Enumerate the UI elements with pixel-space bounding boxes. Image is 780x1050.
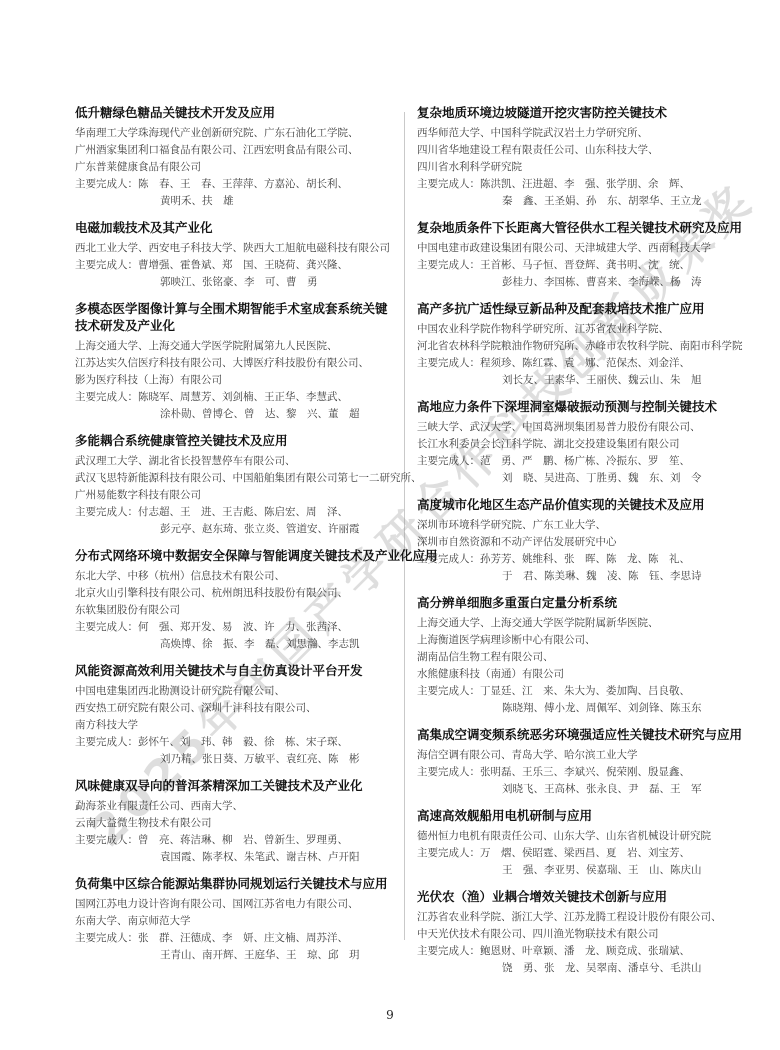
project-entry: 高集成空调变频系统恶劣环境强适应性关键技术研究与应用 海信空调有限公司、青岛大学… [417,726,735,798]
project-organizations: 勐海茶业有限责任公司、西南大学、云南大益微生物技术有限公司 [75,798,393,832]
project-entry: 复杂地质条件下长距离大管径供水工程关键技术研究及应用 中国电建市政建设集团有限公… [417,219,735,291]
project-entry: 多模态医学图像计算与全围术期智能手术室成套系统关键技术研发及产业化 上海交通大学… [75,300,393,423]
organization-line: 华南理工大学珠海现代产业创新研究院、广东石油化工学院、 [75,125,393,142]
people-label: 主要完成人： [417,685,480,697]
organization-line: 江苏省农业科学院、浙江大学、江苏龙腾工程设计股份有限公司、 [417,909,735,926]
organization-line: 上海交通大学、上海交通大学医学院附属新华医院、 [417,615,735,632]
project-title: 高分辨单细胞多重蛋白定量分析系统 [417,594,735,611]
project-entry: 复杂地质环境边坡隧道开挖灾害防控关键技术 西华师范大学、中国科学院武汉岩土力学研… [417,104,735,210]
people-line: 主要完成人：曾 亮、蒋洁琳、柳 岩、曾新生、罗理勇、 [75,832,393,849]
people-label: 主要完成人： [417,178,480,190]
people-line: 主要完成人：鲍恩财、叶章颖、潘 龙、顾竞成、张瑞斌、 [417,943,735,960]
project-entry: 多能耦合系统健康管控关键技术及应用 武汉理工大学、湖北省长投智慧停车有限公司、武… [75,432,393,538]
project-title: 低升糖绿色糖品关键技术开发及应用 [75,104,393,121]
project-entry: 负荷集中区综合能源站集群协同规划运行关键技术与应用 国网江苏电力设计咨询有限公司… [75,875,393,964]
project-title-line: 高度城市化地区生态产品价值实现的关键技术及应用 [417,496,735,513]
project-title-line: 高集成空调变频系统恶劣环境强适应性关键技术研究与应用 [417,726,735,743]
people-names-continued: 饶 勇、张 龙、吴翠南、潘卓兮、毛洪山 [417,960,735,977]
people-names-continued: 秦 鑫、王圣娟、孙 东、胡翠华、王立龙 [417,193,735,210]
organization-line: 中国农业科学院作物科学研究所、江苏省农业科学院、 [417,321,735,338]
people-names: 万 熠、侯昭霆、梁西昌、夏 岩、刘宝芳、 [480,847,690,859]
people-names-continued: 袁国霞、陈孝权、朱笔武、谢吉林、卢开阳 [75,849,393,866]
people-line: 主要完成人：丁显廷、江 来、朱大为、娄加陶、吕良敬、 [417,683,735,700]
organization-line: 长江水利委员会长江科学院、湖北交投建设集团有限公司 [417,436,735,453]
organization-line: 云南大益微生物技术有限公司 [75,815,393,832]
people-names: 付志超、王 进、王吉彪、陈启宏、周 泽、 [138,506,348,518]
people-names-continued: 于 君、陈美琳、魏 凌、陈 钰、李思诗 [417,568,735,585]
organization-line: 北京火山引擎科技有限公司、杭州朗迅科技股份有限公司、 [75,585,393,602]
people-label: 主要完成人： [417,553,480,565]
people-names-continued: 刘乃精、张日葵、万敏平、袁红亮、陈 彬 [75,751,393,768]
people-names-continued: 刘晓飞、王高林、张永良、尹 磊、王 军 [417,781,735,798]
people-names: 陈晓军、周慧芳、刘剑楠、王正华、李慧武、 [138,391,348,403]
project-organizations: 西华师范大学、中国科学院武汉岩土力学研究所、四川省华地建设工程有限责任公司、山东… [417,125,735,176]
organization-line: 河北省农林科学院粮油作物研究所、赤峰市农牧科学院、南阳市科学院 [417,338,735,355]
project-people: 主要完成人：张 群、汪德成、李 妍、庄文楠、周苏洋、王青山、南开辉、王庭华、王 … [75,930,393,964]
project-entry: 风味健康双导向的普洱茶精深加工关键技术及产业化 勐海茶业有限责任公司、西南大学、… [75,777,393,866]
project-people: 主要完成人：何 强、郑开发、易 波、许 力、张茜泽、高焕博、徐 振、李 磊、刘思… [75,619,393,653]
project-organizations: 海信空调有限公司、青岛大学、哈尔滨工业大学 [417,747,735,764]
organization-line: 国网江苏电力设计咨询有限公司、国网江苏省电力有限公司、 [75,896,393,913]
organization-line: 深圳市环境科学研究院、广东工业大学、 [417,517,735,534]
people-names: 曹增强、霍鲁斌、郑 国、王晓荷、龚兴隆、 [138,259,348,271]
project-title: 多模态医学图像计算与全围术期智能手术室成套系统关键技术研发及产业化 [75,300,393,334]
project-organizations: 中国电建集团西北勘测设计研究院有限公司、西安热工研究院有限公司、深圳十沣科技有限… [75,683,393,734]
project-entry: 电磁加载技术及其产业化 西北工业大学、西安电子科技大学、陕西大工旭航电磁科技有限… [75,219,393,291]
project-title: 电磁加载技术及其产业化 [75,219,393,236]
people-names-continued: 陈晓翔、傅小龙、周佩军、刘剑锋、陈玉东 [417,700,735,717]
project-title: 高度城市化地区生态产品价值实现的关键技术及应用 [417,496,735,513]
project-title: 风能资源高效利用关键技术与自主仿真设计平台开发 [75,662,393,679]
project-people: 主要完成人：孙芳芳、姚维科、张 晖、陈 龙、陈 礼、于 君、陈美琳、魏 凌、陈 … [417,551,735,585]
organization-line: 江苏达实久信医疗科技有限公司、大博医疗科技股份有限公司、 [75,355,393,372]
project-title-line: 多能耦合系统健康管控关键技术及应用 [75,432,393,449]
organization-line: 德州恒力电机有限责任公司、山东大学、山东省机械设计研究院 [417,828,735,845]
organization-line: 广东普莱健康食品有限公司 [75,159,393,176]
people-label: 主要完成人： [75,259,138,271]
people-label: 主要完成人： [75,621,138,633]
project-people: 主要完成人：丁显廷、江 来、朱大为、娄加陶、吕良敬、陈晓翔、傅小龙、周佩军、刘剑… [417,683,735,717]
organization-line: 勐海茶业有限责任公司、西南大学、 [75,798,393,815]
organization-line: 影为医疗科技（上海）有限公司 [75,372,393,389]
people-names-continued: 王青山、南开辉、王庭华、王 琼、邱 玥 [75,947,393,964]
project-title-line: 风能资源高效利用关键技术与自主仿真设计平台开发 [75,662,393,679]
project-organizations: 深圳市环境科学研究院、广东工业大学、深圳市自然资源和不动产评估发展研究中心 [417,517,735,551]
people-names-continued: 高焕博、徐 振、李 磊、刘思瀚、李志凯 [75,636,393,653]
project-organizations: 上海交通大学、上海交通大学医学院附属第九人民医院、江苏达实久信医疗科技有限公司、… [75,338,393,389]
project-entry: 高速高效舰船用电机研制与应用 德州恒力电机有限责任公司、山东大学、山东省机械设计… [417,807,735,879]
people-line: 主要完成人：付志超、王 进、王吉彪、陈启宏、周 泽、 [75,504,393,521]
project-title-line: 多模态医学图像计算与全围术期智能手术室成套系统关键 [75,300,393,317]
project-title-line: 高地应力条件下深埋洞室爆破振动预测与控制关键技术 [417,398,735,415]
project-people: 主要完成人：陈晓军、周慧芳、刘剑楠、王正华、李慧武、涂朴勋、曾博仑、曾 达、黎 … [75,389,393,423]
people-names: 陈洪凯、汪进超、李 强、张学朋、余 辉、 [480,178,690,190]
project-title: 高集成空调变频系统恶劣环境强适应性关键技术研究与应用 [417,726,735,743]
people-line: 主要完成人：陈洪凯、汪进超、李 强、张学朋、余 辉、 [417,176,735,193]
project-people: 主要完成人：曾 亮、蒋洁琳、柳 岩、曾新生、罗理勇、袁国霞、陈孝权、朱笔武、谢吉… [75,832,393,866]
organization-line: 广州易能数字科技有限公司 [75,487,393,504]
people-label: 主要完成人： [75,178,138,190]
project-people: 主要完成人：付志超、王 进、王吉彪、陈启宏、周 泽、彭元亭、赵东琦、张立炎、管道… [75,504,393,538]
project-people: 主要完成人：彭怀午、刘 玮、韩 毅、徐 栋、宋子琛、刘乃精、张日葵、万敏平、袁红… [75,734,393,768]
project-title: 分布式网络环境中数据安全保障与智能调度关键技术及产业化应用 [75,547,393,564]
project-title-line: 负荷集中区综合能源站集群协同规划运行关键技术与应用 [75,875,393,892]
project-title-line: 复杂地质条件下长距离大管径供水工程关键技术研究及应用 [417,219,735,236]
people-line: 主要完成人：陈晓军、周慧芳、刘剑楠、王正华、李慧武、 [75,389,393,406]
project-title: 复杂地质环境边坡隧道开挖灾害防控关键技术 [417,104,735,121]
project-title: 负荷集中区综合能源站集群协同规划运行关键技术与应用 [75,875,393,892]
people-label: 主要完成人： [75,736,138,748]
people-line: 主要完成人：何 强、郑开发、易 波、许 力、张茜泽、 [75,619,393,636]
people-names-continued: 彭桂力、李国栋、曹喜来、李海嵘、杨 涛 [417,274,735,291]
organization-line: 广州酒家集团利口福食品有限公司、江西宏明食品有限公司、 [75,142,393,159]
organization-line: 湖南品信生物工程有限公司、 [417,649,735,666]
project-organizations: 华南理工大学珠海现代产业创新研究院、广东石油化工学院、广州酒家集团利口福食品有限… [75,125,393,176]
people-names: 鲍恩财、叶章颖、潘 龙、顾竞成、张瑞斌、 [480,945,690,957]
right-column: 复杂地质环境边坡隧道开挖灾害防控关键技术 西华师范大学、中国科学院武汉岩土力学研… [417,104,735,979]
left-column: 低升糖绿色糖品关键技术开发及应用 华南理工大学珠海现代产业创新研究院、广东石油化… [75,104,393,979]
people-line: 主要完成人：范 勇、严 鹏、杨广栋、冷振东、罗 笙、 [417,453,735,470]
project-title-line: 电磁加载技术及其产业化 [75,219,393,236]
people-label: 主要完成人： [417,357,480,369]
organization-line: 三峡大学、武汉大学、中国葛洲坝集团易普力股份有限公司、 [417,419,735,436]
people-label: 主要完成人： [417,847,480,859]
people-names: 曾 亮、蒋洁琳、柳 岩、曾新生、罗理勇、 [138,834,348,846]
organization-line: 深圳市自然资源和不动产评估发展研究中心 [417,534,735,551]
people-names-continued: 黄明禾、扶 雄 [75,193,393,210]
project-title: 高产多抗广适性绿豆新品种及配套栽培技术推广应用 [417,300,735,317]
people-names: 丁显廷、江 来、朱大为、娄加陶、吕良敬、 [480,685,690,697]
project-people: 主要完成人：张明磊、王乐三、李斌兴、倪荣刚、殷显鑫、刘晓飞、王高林、张永良、尹 … [417,764,735,798]
project-entry: 高产多抗广适性绿豆新品种及配套栽培技术推广应用 中国农业科学院作物科学研究所、江… [417,300,735,389]
organization-line: 西安热工研究院有限公司、深圳十沣科技有限公司、 [75,700,393,717]
project-title-line: 光伏农（渔）业耦合增效关键技术创新与应用 [417,888,735,905]
project-title-line: 低升糖绿色糖品关键技术开发及应用 [75,104,393,121]
project-title: 高速高效舰船用电机研制与应用 [417,807,735,824]
project-entry: 低升糖绿色糖品关键技术开发及应用 华南理工大学珠海现代产业创新研究院、广东石油化… [75,104,393,210]
people-label: 主要完成人： [417,455,480,467]
project-entry: 高度城市化地区生态产品价值实现的关键技术及应用 深圳市环境科学研究院、广东工业大… [417,496,735,585]
people-names: 陈 春、王 春、王萍萍、方嘉沁、胡长利、 [138,178,348,190]
organization-line: 中国电建市政建设集团有限公司、天津城建大学、西南科技大学 [417,240,735,257]
project-organizations: 德州恒力电机有限责任公司、山东大学、山东省机械设计研究院 [417,828,735,845]
page-number: 9 [0,1008,780,1022]
organization-line: 南方科技大学 [75,717,393,734]
people-line: 主要完成人：王首彬、马子恒、晋登辉、龚书明、沈 统、 [417,257,735,274]
organization-line: 西华师范大学、中国科学院武汉岩土力学研究所、 [417,125,735,142]
organization-line: 上海衡道医学病理诊断中心有限公司、 [417,632,735,649]
people-label: 主要完成人： [417,766,480,778]
organization-line: 东北大学、中移（杭州）信息技术有限公司、 [75,568,393,585]
project-organizations: 国网江苏电力设计咨询有限公司、国网江苏省电力有限公司、东南大学、南京师范大学 [75,896,393,930]
people-names-continued: 郭映江、张铭豪、李 可、曹 勇 [75,274,393,291]
people-names: 张明磊、王乐三、李斌兴、倪荣刚、殷显鑫、 [480,766,690,778]
project-organizations: 中国农业科学院作物科学研究所、江苏省农业科学院、河北省农林科学院粮油作物研究所、… [417,321,735,355]
project-organizations: 东北大学、中移（杭州）信息技术有限公司、北京火山引擎科技有限公司、杭州朗迅科技股… [75,568,393,619]
organization-line: 中天光伏技术有限公司、四川渔光物联技术有限公司 [417,926,735,943]
project-title: 多能耦合系统健康管控关键技术及应用 [75,432,393,449]
people-names: 张 群、汪德成、李 妍、庄文楠、周苏洋、 [138,932,348,944]
project-entry: 风能资源高效利用关键技术与自主仿真设计平台开发 中国电建集团西北勘测设计研究院有… [75,662,393,768]
people-line: 主要完成人：孙芳芳、姚维科、张 晖、陈 龙、陈 礼、 [417,551,735,568]
project-title-line: 高分辨单细胞多重蛋白定量分析系统 [417,594,735,611]
project-organizations: 江苏省农业科学院、浙江大学、江苏龙腾工程设计股份有限公司、中天光伏技术有限公司、… [417,909,735,943]
project-organizations: 上海交通大学、上海交通大学医学院附属新华医院、上海衡道医学病理诊断中心有限公司、… [417,615,735,683]
project-entry: 光伏农（渔）业耦合增效关键技术创新与应用 江苏省农业科学院、浙江大学、江苏龙腾工… [417,888,735,977]
project-people: 主要完成人：万 熠、侯昭霆、梁西昌、夏 岩、刘宝芳、王 强、李亚男、侯嘉瑞、王 … [417,845,735,879]
project-people: 主要完成人：王首彬、马子恒、晋登辉、龚书明、沈 统、彭桂力、李国栋、曹喜来、李海… [417,257,735,291]
project-organizations: 西北工业大学、西安电子科技大学、陕西大工旭航电磁科技有限公司 [75,240,393,257]
people-names-continued: 涂朴勋、曾博仑、曾 达、黎 兴、董 超 [75,406,393,423]
organization-line: 上海交通大学、上海交通大学医学院附属第九人民医院、 [75,338,393,355]
organization-line: 水熊健康科技（南通）有限公司 [417,666,735,683]
people-line: 主要完成人：程须珍、陈红霖、袁 娜、范保杰、刘金洋、 [417,355,735,372]
project-organizations: 武汉理工大学、湖北省长投智慧停车有限公司、武汉飞思特新能源科技有限公司、中国船舶… [75,453,393,504]
people-line: 主要完成人：陈 春、王 春、王萍萍、方嘉沁、胡长利、 [75,176,393,193]
people-label: 主要完成人： [75,932,138,944]
people-names-continued: 王 强、李亚男、侯嘉瑞、王 山、陈庆山 [417,862,735,879]
project-people: 主要完成人：范 勇、严 鹏、杨广栋、冷振东、罗 笙、刘 晓、吴进高、丁胜勇、魏 … [417,453,735,487]
people-label: 主要完成人： [417,945,480,957]
project-entry: 高分辨单细胞多重蛋白定量分析系统 上海交通大学、上海交通大学医学院附属新华医院、… [417,594,735,717]
project-people: 主要完成人：陈洪凯、汪进超、李 强、张学朋、余 辉、秦 鑫、王圣娟、孙 东、胡翠… [417,176,735,210]
people-names-continued: 彭元亭、赵东琦、张立炎、管道安、许丽霞 [75,521,393,538]
project-entry: 高地应力条件下深埋洞室爆破振动预测与控制关键技术 三峡大学、武汉大学、中国葛洲坝… [417,398,735,487]
organization-line: 武汉理工大学、湖北省长投智慧停车有限公司、 [75,453,393,470]
organization-line: 海信空调有限公司、青岛大学、哈尔滨工业大学 [417,747,735,764]
organization-line: 西北工业大学、西安电子科技大学、陕西大工旭航电磁科技有限公司 [75,240,393,257]
project-title-line: 分布式网络环境中数据安全保障与智能调度关键技术及产业化应用 [75,547,393,564]
project-people: 主要完成人：鲍恩财、叶章颖、潘 龙、顾竞成、张瑞斌、饶 勇、张 龙、吴翠南、潘卓… [417,943,735,977]
people-label: 主要完成人： [75,391,138,403]
project-title: 复杂地质条件下长距离大管径供水工程关键技术研究及应用 [417,219,735,236]
organization-line: 中国电建集团西北勘测设计研究院有限公司、 [75,683,393,700]
project-title: 光伏农（渔）业耦合增效关键技术创新与应用 [417,888,735,905]
people-line: 主要完成人：张 群、汪德成、李 妍、庄文楠、周苏洋、 [75,930,393,947]
people-names: 王首彬、马子恒、晋登辉、龚书明、沈 统、 [480,259,690,271]
people-line: 主要完成人：彭怀午、刘 玮、韩 毅、徐 栋、宋子琛、 [75,734,393,751]
people-names-continued: 刘 晓、吴进高、丁胜勇、魏 东、刘 令 [417,470,735,487]
people-names: 彭怀午、刘 玮、韩 毅、徐 栋、宋子琛、 [138,736,348,748]
organization-line: 武汉飞思特新能源科技有限公司、中国船舶集团有限公司第七一二研究所、 [75,470,393,487]
project-entry: 分布式网络环境中数据安全保障与智能调度关键技术及产业化应用 东北大学、中移（杭州… [75,547,393,653]
people-line: 主要完成人：万 熠、侯昭霆、梁西昌、夏 岩、刘宝芳、 [417,845,735,862]
project-title-line: 复杂地质环境边坡隧道开挖灾害防控关键技术 [417,104,735,121]
people-names-continued: 刘长友、王素华、王丽侠、魏云山、朱 旭 [417,372,735,389]
project-title: 高地应力条件下深埋洞室爆破振动预测与控制关键技术 [417,398,735,415]
people-names: 范 勇、严 鹏、杨广栋、冷振东、罗 笙、 [480,455,690,467]
project-people: 主要完成人：陈 春、王 春、王萍萍、方嘉沁、胡长利、黄明禾、扶 雄 [75,176,393,210]
people-names: 孙芳芳、姚维科、张 晖、陈 龙、陈 礼、 [480,553,690,565]
project-title-line: 高产多抗广适性绿豆新品种及配套栽培技术推广应用 [417,300,735,317]
organization-line: 东软集团股份有限公司 [75,602,393,619]
project-title: 风味健康双导向的普洱茶精深加工关键技术及产业化 [75,777,393,794]
people-names: 何 强、郑开发、易 波、许 力、张茜泽、 [138,621,348,633]
people-names: 程须珍、陈红霖、袁 娜、范保杰、刘金洋、 [480,357,690,369]
project-title-line: 风味健康双导向的普洱茶精深加工关键技术及产业化 [75,777,393,794]
project-organizations: 中国电建市政建设集团有限公司、天津城建大学、西南科技大学 [417,240,735,257]
two-column-content: 低升糖绿色糖品关键技术开发及应用 华南理工大学珠海现代产业创新研究院、广东石油化… [75,104,735,979]
organization-line: 四川省华地建设工程有限责任公司、山东科技大学、 [417,142,735,159]
project-people: 主要完成人：曹增强、霍鲁斌、郑 国、王晓荷、龚兴隆、郭映江、张铭豪、李 可、曹 … [75,257,393,291]
people-label: 主要完成人： [75,834,138,846]
project-title-line: 技术研发及产业化 [75,317,393,334]
people-label: 主要完成人： [75,506,138,518]
organization-line: 四川省水利科学研究院 [417,159,735,176]
project-organizations: 三峡大学、武汉大学、中国葛洲坝集团易普力股份有限公司、长江水利委员会长江科学院、… [417,419,735,453]
people-label: 主要完成人： [417,259,480,271]
people-line: 主要完成人：曹增强、霍鲁斌、郑 国、王晓荷、龚兴隆、 [75,257,393,274]
people-line: 主要完成人：张明磊、王乐三、李斌兴、倪荣刚、殷显鑫、 [417,764,735,781]
project-people: 主要完成人：程须珍、陈红霖、袁 娜、范保杰、刘金洋、刘长友、王素华、王丽侠、魏云… [417,355,735,389]
document-page: 2025年中国产学研合作科技创新成果奖 低升糖绿色糖品关键技术开发及应用 华南理… [0,0,780,1050]
organization-line: 东南大学、南京师范大学 [75,913,393,930]
project-title-line: 高速高效舰船用电机研制与应用 [417,807,735,824]
